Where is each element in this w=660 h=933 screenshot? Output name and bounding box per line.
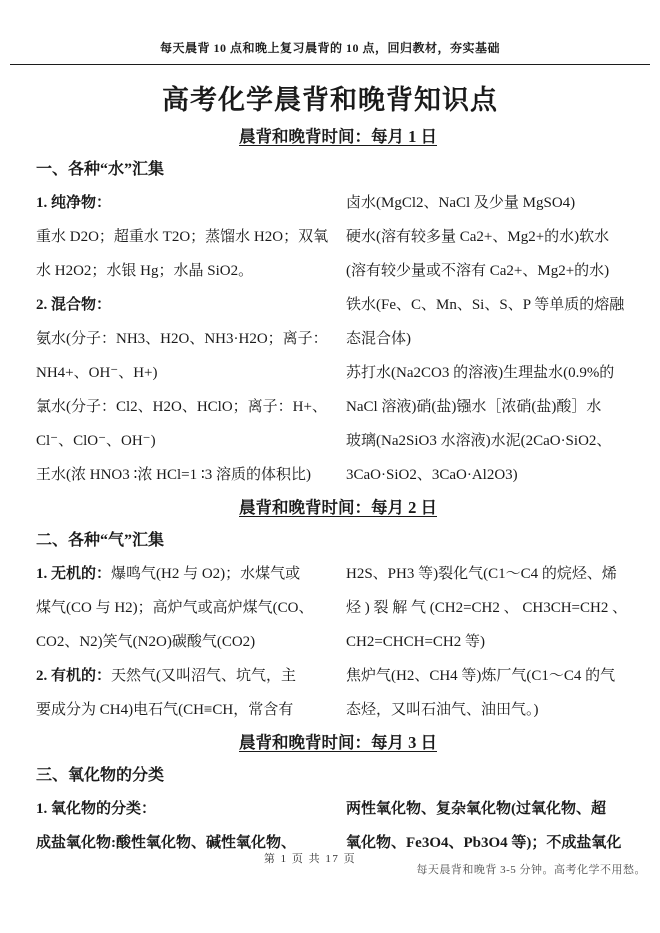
row-text-bold: 成盐氧化物:酸性氧化物、碱性氧化物、 (36, 835, 296, 851)
row-left-cell: 氯水(分子：Cl2、H2O、HClO；离子：H+、 (36, 390, 338, 424)
section-heading-gas: 二、各种“气”汇集 (36, 524, 640, 557)
row-left-cell: 氨水(分子：NH3、H2O、NH3·H2O；离子： (36, 322, 338, 356)
row-right-cell: CH2=CHCH=CH2 等) (346, 625, 640, 659)
row-right-cell: 态烃，又叫石油气、油田气。) (346, 693, 640, 727)
content-row: CO2、N2)笑气(N2O)碳酸气(CO2) CH2=CHCH=CH2 等) (36, 625, 640, 659)
row-text-bold: 1. 氧化物的分类： (36, 801, 156, 817)
row-text: 重水 D2O；超重水 T2O；蒸馏水 H2O；双氧 (36, 229, 328, 245)
content-row: 氯水(分子：Cl2、H2O、HClO；离子：H+、 NaCl 溶液)硝(盐)镪水… (36, 390, 640, 424)
row-right-cell: (溶有较少量或不溶有 Ca2+、Mg2+的水) (346, 254, 640, 288)
content-row: 1. 氧化物的分类： 两性氧化物、复杂氧化物(过氧化物、超 (36, 792, 640, 826)
row-left-cell: Cl⁻、ClO⁻、OH⁻) (36, 424, 338, 458)
page-header-text: 每天晨背 10 点和晚上复习晨背的 10 点，回归教材，夯实基础 (0, 39, 660, 56)
section-heading-water: 一、各种“水”汇集 (36, 153, 640, 186)
row-text: 3CaO·SiO2、3CaO·Al2O3) (346, 467, 518, 483)
content-row: 水 H2O2；水银 Hg；水晶 SiO2。 (溶有较少量或不溶有 Ca2+、Mg… (36, 254, 640, 288)
row-left-cell: 王水(浓 HNO3 ∶浓 HCl=1 ∶3 溶质的体积比) (36, 458, 338, 492)
row-left-cell: CO2、N2)笑气(N2O)碳酸气(CO2) (36, 625, 338, 659)
row-text-bold: 2. 有机的： (36, 668, 111, 684)
schedule-line-1: 晨背和晚背时间：每月 1 日 (36, 121, 640, 153)
row-text: CH2=CHCH=CH2 等) (346, 634, 485, 650)
row-text: 态混合体) (346, 331, 411, 347)
document-page: 每天晨背 10 点和晚上复习晨背的 10 点，回归教材，夯实基础 高考化学晨背和… (0, 0, 660, 933)
row-right-cell: NaCl 溶液)硝(盐)镪水［浓硝(盐)酸］水 (346, 390, 640, 424)
document-title: 高考化学晨背和晚背知识点 (0, 78, 660, 117)
row-text: 王水(浓 HNO3 ∶浓 HCl=1 ∶3 溶质的体积比) (36, 467, 311, 483)
footer-note: 每天晨背和晚背 3-5 分钟。高考化学不用愁。 (416, 861, 646, 877)
row-right-cell: 烃 ) 裂 解 气 (CH2=CH2 、 CH3CH=CH2 、 (346, 591, 640, 625)
row-text: 水 H2O2；水银 Hg；水晶 SiO2。 (36, 263, 253, 279)
content-row: 王水(浓 HNO3 ∶浓 HCl=1 ∶3 溶质的体积比) 3CaO·SiO2、… (36, 458, 640, 492)
row-text: (溶有较少量或不溶有 Ca2+、Mg2+的水) (346, 263, 609, 279)
content-row: 1. 纯净物： 卤水(MgCl2、NaCl 及少量 MgSO4) (36, 186, 640, 220)
row-text: CO2、N2)笑气(N2O)碳酸气(CO2) (36, 634, 255, 650)
content-row: Cl⁻、ClO⁻、OH⁻) 玻璃(Na2SiO3 水溶液)水泥(2CaO·SiO… (36, 424, 640, 458)
row-left-cell: 2. 混合物： (36, 288, 338, 322)
row-right-cell: H2S、PH3 等)裂化气(C1～C4 的烷烃、烯 (346, 557, 640, 591)
row-right-cell: 态混合体) (346, 322, 640, 356)
row-text: 煤气(CO 与 H2)；高炉气或高炉煤气(CO、 (36, 600, 314, 616)
row-text: Cl⁻、ClO⁻、OH⁻) (36, 433, 156, 449)
content-row: 煤气(CO 与 H2)；高炉气或高炉煤气(CO、 烃 ) 裂 解 气 (CH2=… (36, 591, 640, 625)
row-right-cell: 硬水(溶有较多量 Ca2+、Mg2+的水)软水 (346, 220, 640, 254)
row-text: 天然气(又叫沼气、坑气，主 (111, 668, 296, 684)
row-text: H2S、PH3 等)裂化气(C1～C4 的烷烃、烯 (346, 566, 617, 582)
row-left-cell: 1. 氧化物的分类： (36, 792, 338, 826)
content-row: 氨水(分子：NH3、H2O、NH3·H2O；离子： 态混合体) (36, 322, 640, 356)
row-text: 爆鸣气(H2 与 O2)；水煤气或 (111, 566, 300, 582)
row-text: 要成分为 CH4)电石气(CH≡CH，常含有 (36, 702, 293, 718)
row-text-bold: 两性氧化物、复杂氧化物(过氧化物、超 (346, 801, 606, 817)
schedule-line-2: 晨背和晚背时间：每月 2 日 (36, 492, 640, 524)
row-text: 态烃，又叫石油气、油田气。) (346, 702, 539, 718)
row-text: NaCl 溶液)硝(盐)镪水［浓硝(盐)酸］水 (346, 399, 601, 415)
row-right-cell: 卤水(MgCl2、NaCl 及少量 MgSO4) (346, 186, 640, 220)
row-text: 硬水(溶有较多量 Ca2+、Mg2+的水)软水 (346, 229, 609, 245)
row-left-cell: 1. 无机的：爆鸣气(H2 与 O2)；水煤气或 (36, 557, 338, 591)
row-right-cell: 焦炉气(H2、CH4 等)炼厂气(C1～C4 的气 (346, 659, 640, 693)
row-text: 氨水(分子：NH3、H2O、NH3·H2O；离子： (36, 331, 328, 347)
content-row: 要成分为 CH4)电石气(CH≡CH，常含有 态烃，又叫石油气、油田气。) (36, 693, 640, 727)
row-right-cell: 苏打水(Na2CO3 的溶液)生理盐水(0.9%的 (346, 356, 640, 390)
row-text-bold: 1. 纯净物： (36, 195, 111, 211)
row-text: 焦炉气(H2、CH4 等)炼厂气(C1～C4 的气 (346, 668, 615, 684)
row-text: 卤水(MgCl2、NaCl 及少量 MgSO4) (346, 195, 575, 211)
section-heading-oxide: 三、氧化物的分类 (36, 759, 640, 792)
content-row: 重水 D2O；超重水 T2O；蒸馏水 H2O；双氧 硬水(溶有较多量 Ca2+、… (36, 220, 640, 254)
document-body: 晨背和晚背时间：每月 1 日 一、各种“水”汇集 1. 纯净物： 卤水(MgCl… (36, 121, 640, 860)
row-left-cell: 要成分为 CH4)电石气(CH≡CH，常含有 (36, 693, 338, 727)
row-left-cell: 水 H2O2；水银 Hg；水晶 SiO2。 (36, 254, 338, 288)
row-right-cell: 铁水(Fe、C、Mn、Si、S、P 等单质的熔融 (346, 288, 640, 322)
content-row: NH4+、OH⁻、H+) 苏打水(Na2CO3 的溶液)生理盐水(0.9%的 (36, 356, 640, 390)
row-text-bold: 2. 混合物： (36, 297, 111, 313)
row-right-cell: 玻璃(Na2SiO3 水溶液)水泥(2CaO·SiO2、 (346, 424, 640, 458)
row-text: NH4+、OH⁻、H+) (36, 365, 158, 381)
row-text: 苏打水(Na2CO3 的溶液)生理盐水(0.9%的 (346, 365, 614, 381)
row-text: 氯水(分子：Cl2、H2O、HClO；离子：H+、 (36, 399, 327, 415)
content-row: 2. 混合物： 铁水(Fe、C、Mn、Si、S、P 等单质的熔融 (36, 288, 640, 322)
row-right-cell: 两性氧化物、复杂氧化物(过氧化物、超 (346, 792, 640, 826)
row-text: 烃 ) 裂 解 气 (CH2=CH2 、 CH3CH=CH2 、 (346, 600, 627, 616)
header-rule (10, 64, 650, 65)
schedule-line-3: 晨背和晚背时间：每月 3 日 (36, 727, 640, 759)
row-left-cell: 1. 纯净物： (36, 186, 338, 220)
content-row: 2. 有机的：天然气(又叫沼气、坑气，主 焦炉气(H2、CH4 等)炼厂气(C1… (36, 659, 640, 693)
row-left-cell: 煤气(CO 与 H2)；高炉气或高炉煤气(CO、 (36, 591, 338, 625)
row-text: 玻璃(Na2SiO3 水溶液)水泥(2CaO·SiO2、 (346, 433, 611, 449)
content-row: 1. 无机的：爆鸣气(H2 与 O2)；水煤气或 H2S、PH3 等)裂化气(C… (36, 557, 640, 591)
row-text: 铁水(Fe、C、Mn、Si、S、P 等单质的熔融 (346, 297, 624, 313)
row-left-cell: 重水 D2O；超重水 T2O；蒸馏水 H2O；双氧 (36, 220, 338, 254)
row-left-cell: NH4+、OH⁻、H+) (36, 356, 338, 390)
row-left-cell: 2. 有机的：天然气(又叫沼气、坑气，主 (36, 659, 338, 693)
row-text-bold: 氧化物、Fe3O4、Pb3O4 等)；不成盐氧化 (346, 835, 621, 851)
row-right-cell: 3CaO·SiO2、3CaO·Al2O3) (346, 458, 640, 492)
row-text-bold: 1. 无机的： (36, 566, 111, 582)
